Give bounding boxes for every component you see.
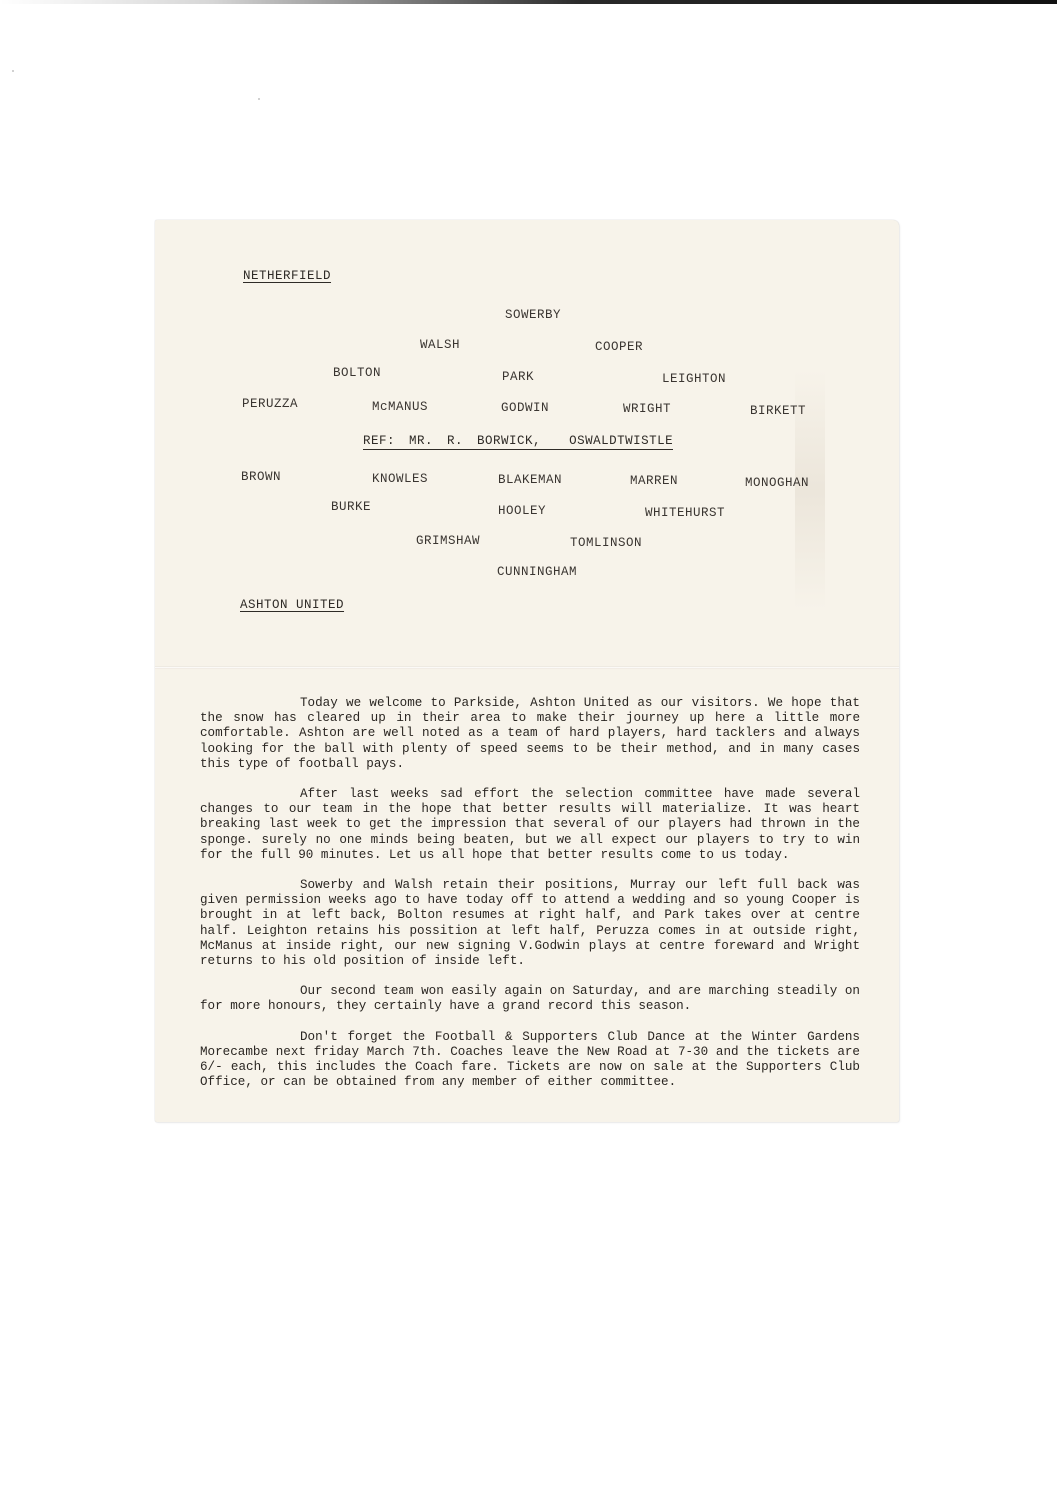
home-goalkeeper: SOWERBY bbox=[505, 308, 561, 322]
dust-speck bbox=[12, 70, 14, 72]
programme-sheet: NETHERFIELD SOWERBY WALSH COOPER BOLTON … bbox=[155, 220, 899, 1122]
home-left-back: COOPER bbox=[595, 340, 643, 354]
home-outside-left: BIRKETT bbox=[750, 404, 806, 418]
home-left-half: LEIGHTON bbox=[662, 372, 726, 386]
home-inside-right: McMANUS bbox=[372, 400, 428, 414]
home-inside-left: WRIGHT bbox=[623, 402, 671, 416]
away-centre-half: HOOLEY bbox=[498, 504, 546, 518]
home-centre-half: PARK bbox=[502, 370, 534, 384]
referee-label: REF: bbox=[363, 434, 395, 448]
dust-speck bbox=[258, 98, 260, 100]
referee-town: OSWALDTWISTLE bbox=[569, 434, 673, 448]
paper-fold-crease bbox=[155, 666, 899, 669]
home-team-heading: NETHERFIELD bbox=[243, 269, 331, 283]
away-inside-left: MARREN bbox=[630, 474, 678, 488]
referee-name: MR. R. BORWICK, bbox=[409, 434, 541, 448]
home-right-half: BOLTON bbox=[333, 366, 381, 380]
paragraph-lineup-notes: Sowerby and Walsh retain their positions… bbox=[200, 878, 860, 969]
scan-edge-shadow bbox=[0, 0, 1057, 4]
away-team-heading: ASHTON UNITED bbox=[240, 598, 344, 612]
away-outside-left: MONOGHAN bbox=[745, 476, 809, 490]
away-right-back: GRIMSHAW bbox=[416, 534, 480, 548]
away-goalkeeper: CUNNINGHAM bbox=[497, 565, 577, 579]
away-inside-right: KNOWLES bbox=[372, 472, 428, 486]
away-outside-right: BROWN bbox=[241, 470, 281, 484]
paragraph-dance-notice: Don't forget the Football & Supporters C… bbox=[200, 1030, 860, 1091]
paragraph-team-changes: After last weeks sad effort the selectio… bbox=[200, 787, 860, 863]
referee-line: REF: MR. R. BORWICK, OSWALDTWISTLE bbox=[363, 434, 673, 450]
home-centre-forward: GODWIN bbox=[501, 401, 549, 415]
home-outside-right: PERUZZA bbox=[242, 397, 298, 411]
club-notes: Today we welcome to Parkside, Ashton Uni… bbox=[200, 696, 860, 1105]
away-right-half: BURKE bbox=[331, 500, 371, 514]
paragraph-welcome: Today we welcome to Parkside, Ashton Uni… bbox=[200, 696, 860, 772]
paragraph-reserves: Our second team won easily again on Satu… bbox=[200, 984, 860, 1014]
away-centre-forward: BLAKEMAN bbox=[498, 473, 562, 487]
home-right-back: WALSH bbox=[420, 338, 460, 352]
away-left-back: TOMLINSON bbox=[570, 536, 642, 550]
away-left-half: WHITEHURST bbox=[645, 506, 725, 520]
